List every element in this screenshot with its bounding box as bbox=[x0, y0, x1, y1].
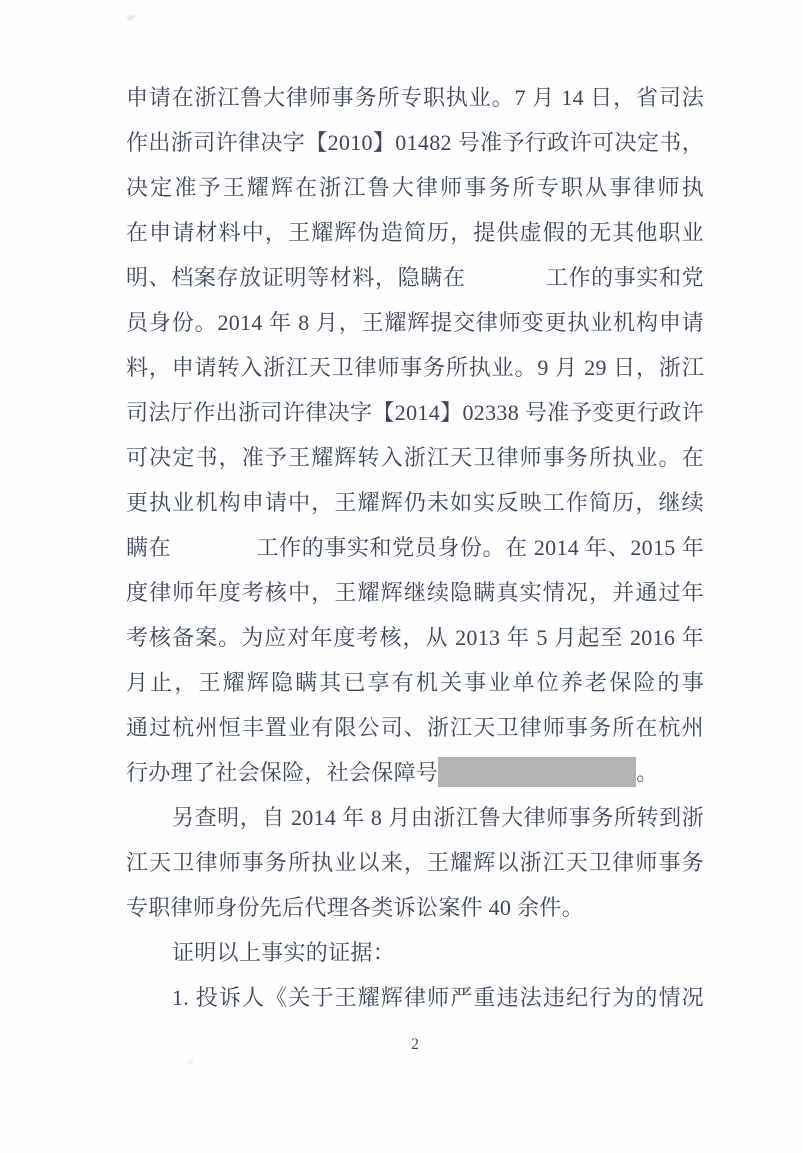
text-segment: 。 bbox=[636, 760, 658, 785]
text-segment: 江天卫律师事务所执业以来，王耀辉以浙江天卫律师事务所 bbox=[126, 850, 704, 885]
redacted-gap bbox=[466, 283, 546, 285]
text-line: 司法厅作出浙司许律决字【2014】02338 号准予变更行政许 bbox=[126, 390, 704, 435]
scan-artifact-speck bbox=[188, 1060, 193, 1064]
text-segment: 员身份。2014 年 8 月，王耀辉提交律师变更执业机构申请材 bbox=[126, 310, 704, 345]
text-segment: 可决定书，准予王耀辉转入浙江天卫律师事务所执业。在变 bbox=[126, 445, 704, 480]
text-segment: 司法厅作出浙司许律决字【2014】02338 号准予变更行政许 bbox=[126, 400, 704, 425]
redacted-gap bbox=[171, 553, 256, 555]
text-segment: 另查明，自 2014 年 8 月由浙江鲁大律师事务所转到浙 bbox=[172, 805, 704, 830]
text-line: 另查明，自 2014 年 8 月由浙江鲁大律师事务所转到浙 bbox=[126, 795, 704, 840]
text-segment: 瞒在 bbox=[126, 535, 171, 560]
text-line: 瞒在工作的事实和党员身份。在 2014 年、2015 年 bbox=[126, 525, 704, 570]
text-line: 行办理了社会保险，社会保障号。 bbox=[126, 750, 704, 795]
text-segment: 料，申请转入浙江天卫律师事务所执业。9 月 29 日，浙江省 bbox=[126, 355, 704, 390]
text-segment: 申请在浙江鲁大律师事务所专职执业。7 月 14 日，省司法厅 bbox=[126, 85, 704, 120]
text-line: 申请在浙江鲁大律师事务所专职执业。7 月 14 日，省司法厅 bbox=[126, 75, 704, 120]
text-line: 考核备案。为应对年度考核，从 2013 年 5 月起至 2016 年 12 bbox=[126, 615, 704, 660]
text-line: 更执业机构申请中，王耀辉仍未如实反映工作简历，继续隐 bbox=[126, 480, 704, 525]
page-number: 2 bbox=[0, 1036, 802, 1054]
text-line: 江天卫律师事务所执业以来，王耀辉以浙江天卫律师事务所 bbox=[126, 840, 704, 885]
text-segment: 明、档案存放证明等材料，隐瞒在 bbox=[126, 265, 466, 290]
text-segment: 考核备案。为应对年度考核，从 2013 年 5 月起至 2016 年 12 bbox=[126, 625, 704, 660]
text-line: 明、档案存放证明等材料，隐瞒在工作的事实和党 bbox=[126, 255, 704, 300]
text-line: 度律师年度考核中，王耀辉继续隐瞒真实情况，并通过年度 bbox=[126, 570, 704, 615]
text-line: 通过杭州恒丰置业有限公司、浙江天卫律师事务所在杭州另 bbox=[126, 705, 704, 750]
text-segment: 工作的事实和党员身份。在 2014 年、2015 年 bbox=[256, 535, 704, 560]
text-segment: 通过杭州恒丰置业有限公司、浙江天卫律师事务所在杭州另 bbox=[126, 715, 704, 750]
text-line: 在申请材料中，王耀辉伪造简历，提供虚假的无其他职业证 bbox=[126, 210, 704, 255]
text-segment: 工作的事实和党 bbox=[546, 265, 704, 290]
text-segment: 行办理了社会保险，社会保障号 bbox=[126, 760, 438, 785]
text-segment: 专职律师身份先后代理各类诉讼案件 40 余件。 bbox=[126, 895, 584, 920]
text-line: 月止，王耀辉隐瞒其已享有机关事业单位养老保险的事实， bbox=[126, 660, 704, 705]
text-segment: 1. 投诉人《关于王耀辉律师严重违法违纪行为的情况反 bbox=[126, 985, 704, 1020]
text-line: 员身份。2014 年 8 月，王耀辉提交律师变更执业机构申请材 bbox=[126, 300, 704, 345]
text-line: 决定准予王耀辉在浙江鲁大律师事务所专职从事律师执业。 bbox=[126, 165, 704, 210]
text-segment: 决定准予王耀辉在浙江鲁大律师事务所专职从事律师执业。 bbox=[126, 175, 704, 210]
text-line: 1. 投诉人《关于王耀辉律师严重违法违纪行为的情况反 bbox=[126, 975, 704, 1020]
redaction-box bbox=[438, 757, 636, 787]
text-line: 专职律师身份先后代理各类诉讼案件 40 余件。 bbox=[126, 885, 704, 930]
document-body: 申请在浙江鲁大律师事务所专职执业。7 月 14 日，省司法厅作出浙司许律决字【2… bbox=[126, 75, 704, 1020]
text-line: 作出浙司许律决字【2010】01482 号准予行政许可决定书， bbox=[126, 120, 704, 165]
text-line: 可决定书，准予王耀辉转入浙江天卫律师事务所执业。在变 bbox=[126, 435, 704, 480]
text-segment: 更执业机构申请中，王耀辉仍未如实反映工作简历，继续隐 bbox=[126, 490, 704, 525]
text-segment: 在申请材料中，王耀辉伪造简历，提供虚假的无其他职业证 bbox=[126, 220, 704, 255]
text-line: 证明以上事实的证据： bbox=[126, 930, 704, 975]
text-segment: 度律师年度考核中，王耀辉继续隐瞒真实情况，并通过年度 bbox=[126, 580, 704, 615]
scan-artifact-speck bbox=[126, 14, 136, 21]
text-segment: 月止，王耀辉隐瞒其已享有机关事业单位养老保险的事实， bbox=[126, 670, 704, 705]
text-segment: 证明以上事实的证据： bbox=[172, 940, 395, 965]
text-line: 料，申请转入浙江天卫律师事务所执业。9 月 29 日，浙江省 bbox=[126, 345, 704, 390]
document-page: 申请在浙江鲁大律师事务所专职执业。7 月 14 日，省司法厅作出浙司许律决字【2… bbox=[0, 0, 802, 1153]
text-segment: 作出浙司许律决字【2010】01482 号准予行政许可决定书， bbox=[126, 130, 704, 155]
